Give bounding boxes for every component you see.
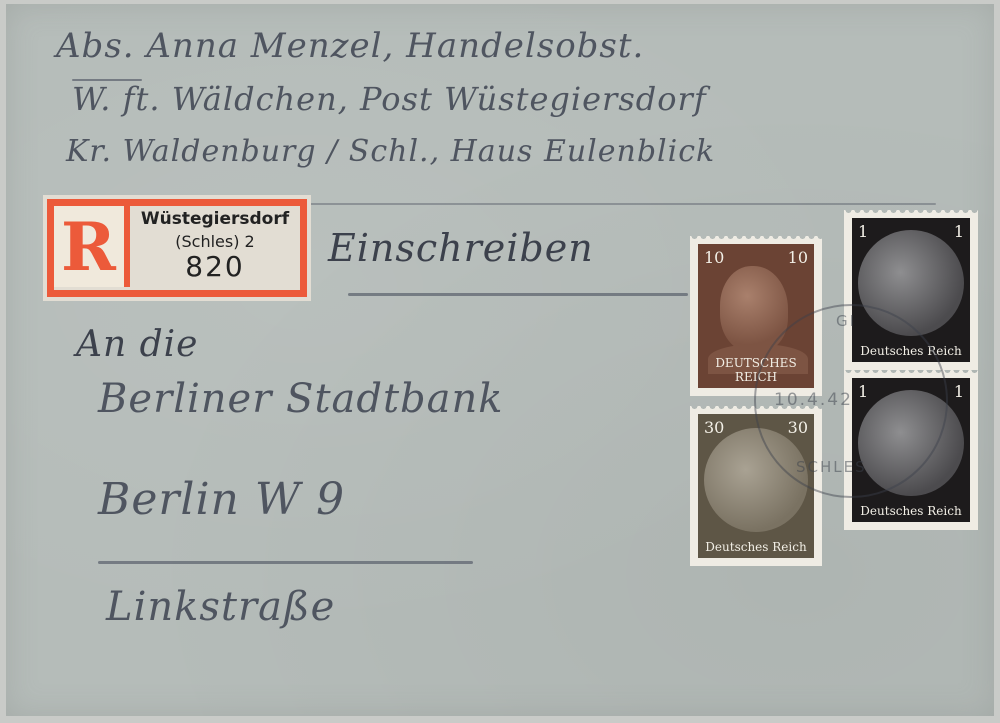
postmark: GI 10.4.42 SCHLES [754, 304, 948, 498]
label-number: 820 [129, 250, 301, 283]
recipient-line-1: An die [76, 324, 199, 365]
stamp-10-value-right: 10 [788, 248, 808, 267]
registered-r-letter: R [61, 207, 116, 287]
sender-line-3: Kr. Waldenburg / Schl., Haus Eulenblick [66, 134, 715, 169]
service-underline [348, 293, 688, 296]
postmark-bottom: SCHLES [796, 458, 867, 476]
stamp-30-value-left: 30 [704, 418, 724, 437]
postmark-top: GI [836, 312, 856, 330]
envelope: Abs. Anna Menzel, Handelsobst. W. ft. Wä… [6, 4, 994, 716]
stamp-30-caption: Deutsches Reich [698, 540, 814, 554]
registration-label: R Wüstegiersdorf (Schles) 2 820 [43, 195, 311, 301]
sender-line-2: W. ft. Wäldchen, Post Wüstegiersdorf [72, 80, 707, 118]
label-sub: (Schles) 2 [129, 232, 301, 251]
stamp-1-bottom-value-right: 1 [954, 382, 964, 401]
sender-line-1: Abs. Anna Menzel, Handelsobst. [56, 26, 644, 66]
recipient-line-2: Berliner Stadtbank [98, 376, 504, 422]
recipient-line-3: Berlin W 9 [98, 474, 345, 525]
postmark-date: 10.4.42 [774, 390, 853, 410]
stamp-10-value-left: 10 [704, 248, 724, 267]
label-place: Wüstegiersdorf [129, 209, 301, 229]
stamp-1-top-value-right: 1 [954, 222, 964, 241]
service-note: Einschreiben [328, 226, 594, 270]
stamp-1-top-value-left: 1 [858, 222, 868, 241]
recipient-line-4: Linkstraße [106, 584, 335, 630]
sender-divider [306, 203, 936, 205]
stamp-1-bottom-caption: Deutsches Reich [852, 504, 970, 518]
recipient-underline [98, 561, 473, 564]
